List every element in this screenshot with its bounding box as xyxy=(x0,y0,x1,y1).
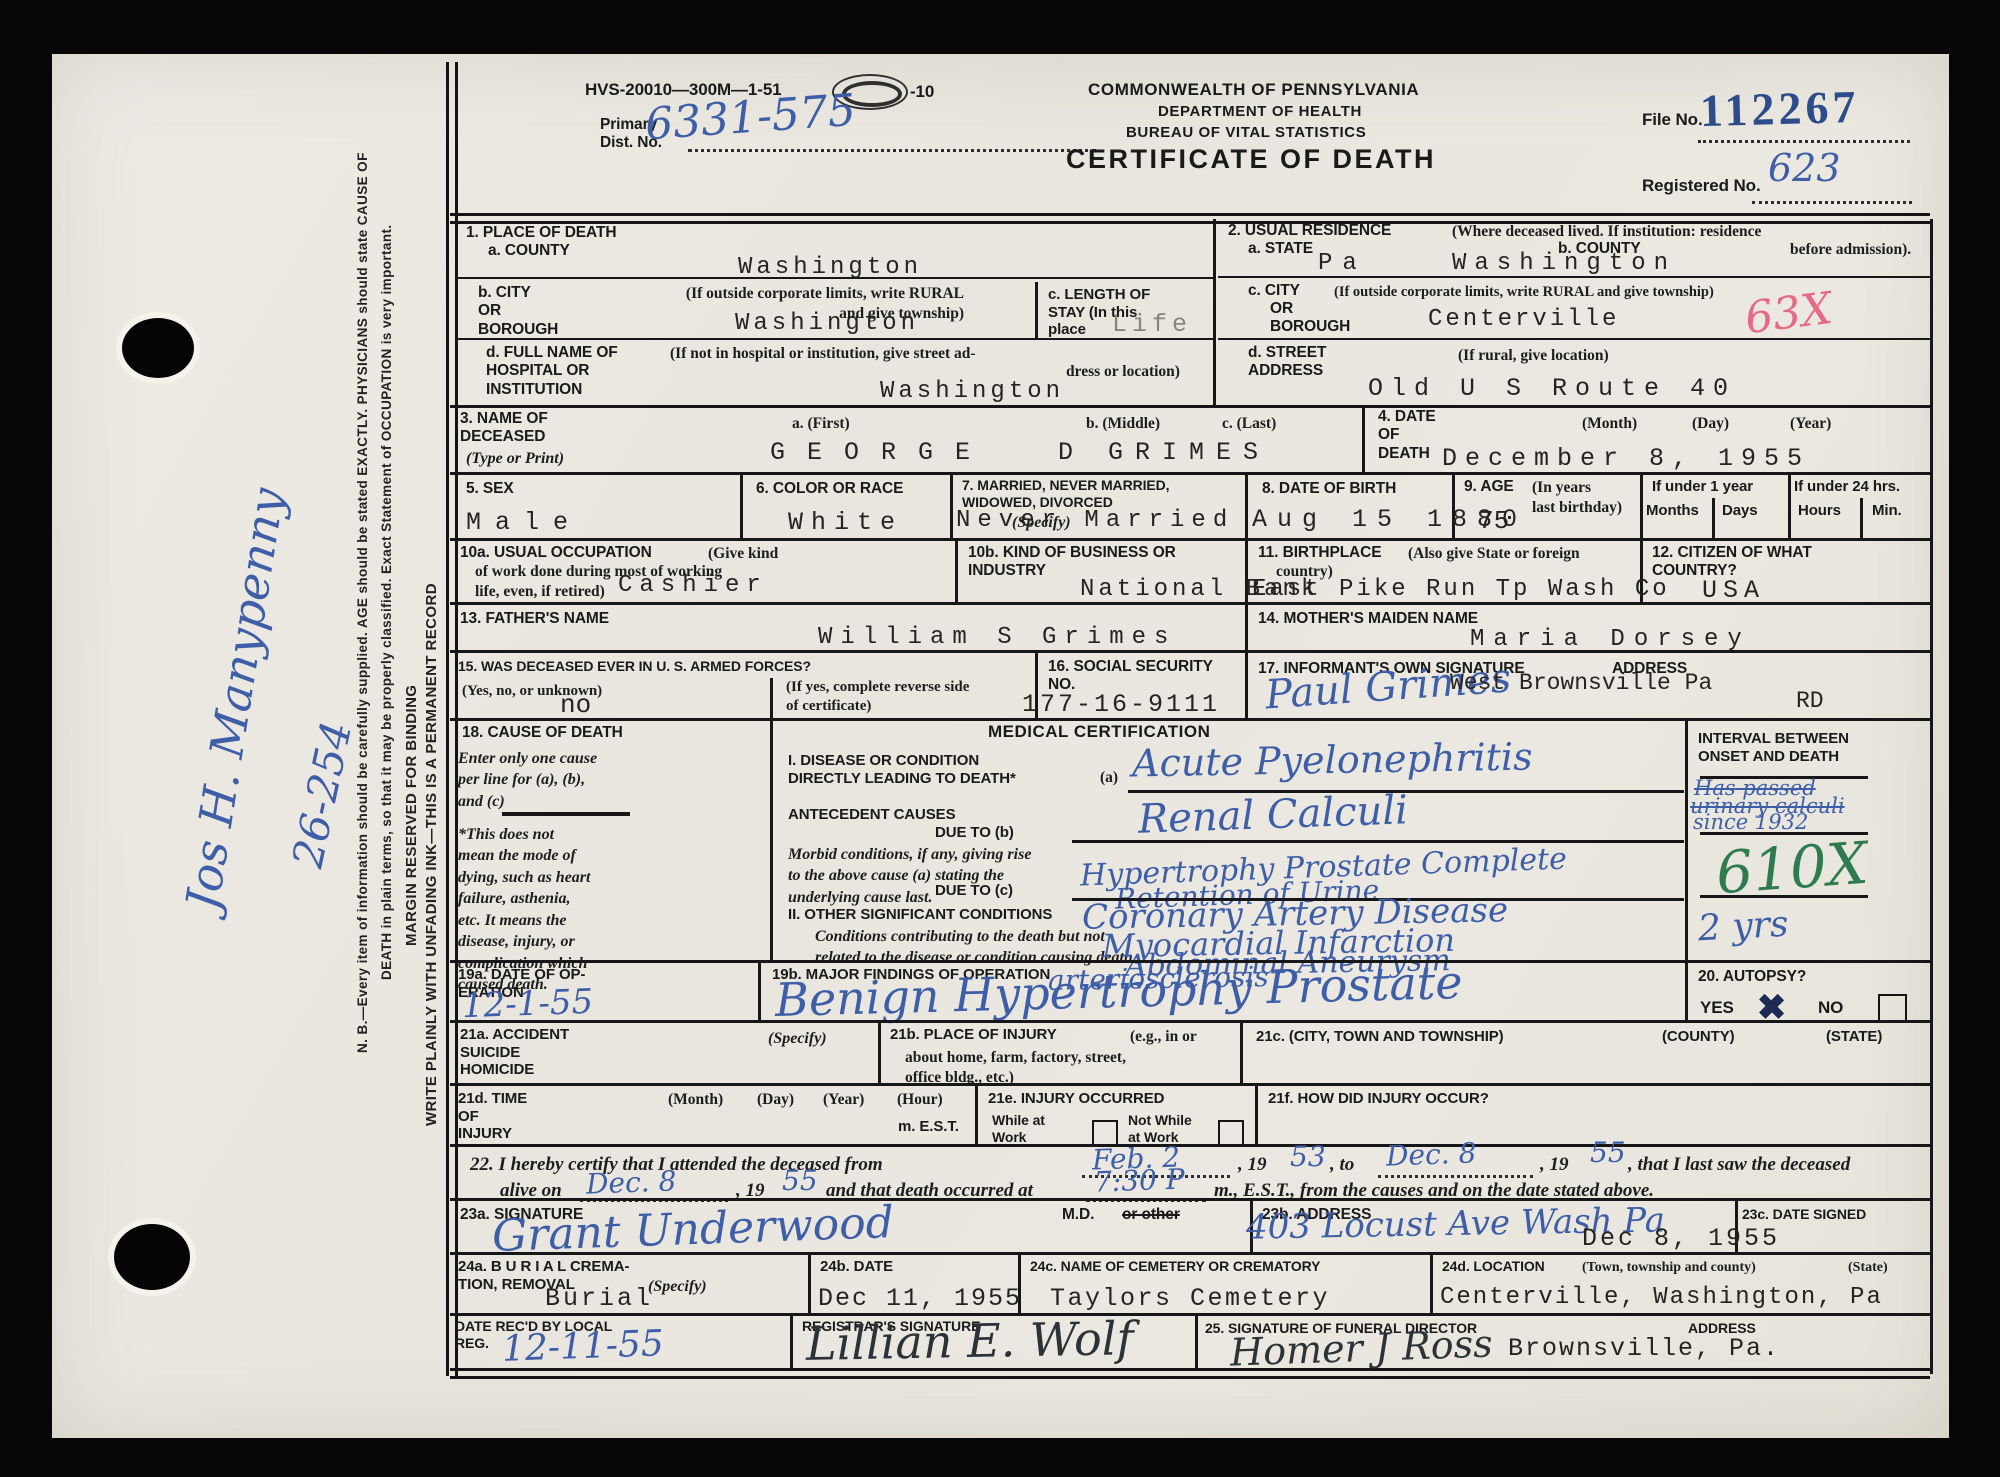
injury-day-label: (Day) xyxy=(757,1090,794,1110)
date-of-birth-label: 8. DATE OF BIRTH xyxy=(1262,480,1396,498)
cemetery-location-value: Centerville, Washington, Pa xyxy=(1440,1284,1883,1311)
residence-borough-label: OR BOROUGH xyxy=(1270,300,1350,337)
md-or-other-label: or other xyxy=(1122,1206,1180,1224)
occupation-paren1: (Give kind xyxy=(708,544,778,564)
registrar-signature-value: Lillian E. Wolf xyxy=(806,1311,1134,1371)
length-of-stay-value: Life xyxy=(1112,310,1192,339)
not-while-at-work-checkbox xyxy=(1218,1120,1244,1146)
rule-v xyxy=(975,1083,978,1145)
rule-v xyxy=(1213,219,1216,406)
rule-v xyxy=(1240,1020,1243,1083)
sex-label: 5. SEX xyxy=(466,480,514,498)
certify-to-year: 55 xyxy=(1590,1136,1626,1169)
street-address-paren: (If rural, give location) xyxy=(1458,346,1609,366)
accident-suicide-label: 21a. ACCIDENT SUICIDE HOMICIDE xyxy=(460,1026,569,1079)
certify-time-value: 7:30 P xyxy=(1093,1162,1185,1198)
cause-of-death-label: 18. CAUSE OF DEATH xyxy=(462,724,623,742)
due-to-b-value: Renal Calculi xyxy=(1137,787,1408,842)
autopsy-no-checkbox xyxy=(1878,994,1907,1023)
rule-h xyxy=(450,602,1930,605)
certify-text-1: 22. I hereby certify that I attended the… xyxy=(470,1152,883,1177)
armed-forces-value: no xyxy=(560,690,591,720)
bottom-border xyxy=(450,1368,1930,1379)
place-of-death-label: 1. PLACE OF DEATH xyxy=(466,224,616,242)
hospital-name-paren2: dress or location) xyxy=(1066,362,1180,382)
hospital-name-label: d. FULL NAME OF HOSPITAL OR INSTITUTION xyxy=(486,344,618,399)
file-no-line xyxy=(1698,139,1910,143)
interval-note3: since 1932 xyxy=(1693,810,1808,834)
age-label: 9. AGE xyxy=(1464,478,1514,496)
birthplace-label: 11. BIRTHPLACE xyxy=(1258,544,1382,562)
cause-note1: Enter only one cause per line for (a), (… xyxy=(458,748,597,812)
rule-h xyxy=(1218,276,1930,278)
cemetery-name-label: 24c. NAME OF CEMETERY OR CREMATORY xyxy=(1030,1258,1320,1275)
usual-residence-paren2: before admission). xyxy=(1790,240,1911,260)
cemetery-name-value: Taylors Cemetery xyxy=(1050,1284,1330,1313)
hospital-name-paren1: (If not in hospital or institution, give… xyxy=(670,344,976,364)
rule-v xyxy=(740,472,743,538)
min-label: Min. xyxy=(1872,502,1902,520)
burial-date-value: Dec 11, 1955 xyxy=(818,1284,1022,1313)
rule-v xyxy=(790,1313,793,1370)
rule-v xyxy=(1430,1252,1433,1313)
residence-red-annotation: 63X xyxy=(1742,283,1835,344)
antecedent-causes-label: ANTECEDENT CAUSES xyxy=(788,806,955,824)
injury-county-label: (COUNTY) xyxy=(1662,1028,1735,1046)
md-label: M.D. xyxy=(1062,1206,1094,1224)
accident-specify-note: (Specify) xyxy=(768,1028,827,1049)
mothers-name-value: Maria Dorsey xyxy=(1470,626,1751,653)
rule-h xyxy=(456,277,1213,279)
age-value: 75 xyxy=(1478,506,1509,536)
rule-h xyxy=(450,718,1930,721)
residence-city-value: Centerville xyxy=(1428,306,1619,333)
place-city-value: Washington xyxy=(735,310,919,337)
armed-forces-label: 15. WAS DECEASED EVER IN U. S. ARMED FOR… xyxy=(458,658,811,675)
time-of-injury-label: 21d. TIME OF INJURY xyxy=(458,1090,527,1143)
disease-a-label: (a) xyxy=(1100,768,1118,788)
place-of-injury-label: 21b. PLACE OF INJURY xyxy=(890,1026,1057,1044)
rule-v xyxy=(878,1020,881,1083)
rule-v xyxy=(955,538,958,602)
autopsy-label: 20. AUTOPSY? xyxy=(1698,968,1806,986)
name-of-deceased-label: 3. NAME OF DECEASED xyxy=(460,410,548,447)
registered-no-value: 623 xyxy=(1768,146,1841,190)
certify-text-5: , that I last saw the deceased xyxy=(1628,1152,1850,1177)
sex-value: Male xyxy=(466,508,582,537)
occupation-value: Cashier xyxy=(618,572,768,599)
date-received-value: 12-11-55 xyxy=(501,1323,664,1370)
injury-month-label: (Month) xyxy=(668,1090,723,1110)
rule-v xyxy=(1362,405,1365,472)
under-1-year-label: If under 1 year xyxy=(1652,478,1753,496)
marital-status-label: 7. MARRIED, NEVER MARRIED, WIDOWED, DIVO… xyxy=(962,477,1169,510)
registered-no-line xyxy=(1752,200,1912,204)
place-of-injury-paren2: about home, farm, factory, street, offic… xyxy=(905,1048,1126,1088)
under-24-hrs-label: If under 24 hrs. xyxy=(1794,478,1900,496)
residence-city-label: c. CITY xyxy=(1248,282,1300,300)
death-year-label: (Year) xyxy=(1790,414,1831,434)
medical-certification-title: MEDICAL CERTIFICATION xyxy=(988,722,1210,742)
rule-h xyxy=(450,1313,1930,1316)
due-to-c-label: DUE TO (c) xyxy=(935,882,1013,900)
disease-condition-label: I. DISEASE OR CONDITION DIRECTLY LEADING… xyxy=(788,752,1016,787)
injury-year-label: (Year) xyxy=(823,1090,864,1110)
birthplace-value: East Pike Run Tp Wash Co xyxy=(1252,576,1670,603)
rule-v xyxy=(1685,718,1688,1020)
residence-state-value: Pa xyxy=(1318,250,1367,277)
cemetery-location-paren: (Town, township and county) xyxy=(1582,1259,1756,1277)
rule-h xyxy=(1218,338,1930,340)
injury-city-label: 21c. (CITY, TOWN AND TOWNSHIP) xyxy=(1256,1028,1504,1046)
disease-a-value: Acute Pyelonephritis xyxy=(1132,735,1533,786)
name-middle-label: b. (Middle) xyxy=(1086,414,1160,434)
rule-h xyxy=(450,1252,1930,1255)
rule-v xyxy=(950,472,953,538)
name-first-label: a. (First) xyxy=(792,414,850,434)
how-did-injury-occur-label: 21f. HOW DID INJURY OCCUR? xyxy=(1268,1090,1489,1108)
residence-county-value: Washington xyxy=(1452,250,1676,277)
margin-note-line1: N. B.—Every item of information should b… xyxy=(356,95,370,1110)
certify-text-3: , to xyxy=(1330,1152,1354,1177)
color-race-label: 6. COLOR OR RACE xyxy=(756,480,903,498)
autopsy-no-label: NO xyxy=(1818,998,1843,1018)
registered-no-label: Registered No. xyxy=(1642,176,1761,196)
certificate-title: CERTIFICATE OF DEATH xyxy=(1066,144,1436,176)
days-label: Days xyxy=(1722,502,1757,520)
date-of-death-label: 4. DATE OF DEATH xyxy=(1378,408,1436,463)
funeral-director-address-value: Brownsville, Pa. xyxy=(1508,1334,1780,1363)
header-bureau: BUREAU OF VITAL STATISTICS xyxy=(1126,124,1366,142)
cemetery-state-paren: (State) xyxy=(1848,1259,1888,1277)
rule-h xyxy=(450,650,1930,653)
informant-address-value2: RD xyxy=(1796,688,1824,714)
injury-occurred-label: 21e. INJURY OCCURRED xyxy=(988,1090,1164,1108)
rule-v xyxy=(1788,472,1791,538)
interval-label: INTERVAL BETWEEN ONSET AND DEATH xyxy=(1698,730,1849,765)
rule-v xyxy=(1712,498,1715,538)
rule-h xyxy=(450,472,1930,475)
rule-h xyxy=(450,1083,1930,1086)
margin-write-plainly-note: WRITE PLAINLY WITH UNFADING INK—THIS IS … xyxy=(424,440,439,1270)
interval-duration-value: 2 yrs xyxy=(1697,904,1789,950)
certify-text-4: , 19 xyxy=(1540,1152,1569,1177)
union-bug-suffix: -10 xyxy=(910,82,934,102)
rule-v xyxy=(1195,1313,1198,1370)
cemetery-location-label: 24d. LOCATION xyxy=(1442,1258,1545,1275)
informant-address-value: West Brownsville Pa xyxy=(1450,670,1712,696)
certify-text-2: , 19 xyxy=(1238,1152,1267,1177)
rule-h xyxy=(502,812,630,816)
due-to-b-label: DUE TO (b) xyxy=(935,824,1014,842)
rule-v xyxy=(1035,282,1038,338)
burial-type-value: Burial xyxy=(545,1284,653,1313)
death-month-label: (Month) xyxy=(1582,414,1637,434)
injury-state-label: (STATE) xyxy=(1826,1028,1882,1046)
burial-date-label: 24b. DATE xyxy=(820,1258,893,1276)
rule-h xyxy=(450,538,1930,541)
residence-city-paren: (If outside corporate limits, write RURA… xyxy=(1334,283,1714,302)
rule-v xyxy=(1860,498,1863,538)
burial-specify-note: (Specify) xyxy=(648,1276,707,1297)
occupation-label: 10a. USUAL OCCUPATION xyxy=(460,544,652,562)
injury-hour-label: (Hour) xyxy=(897,1090,943,1110)
date-signed-label: 23c. DATE SIGNED xyxy=(1742,1206,1866,1223)
type-or-print-note: (Type or Print) xyxy=(466,448,564,469)
certify-from-year: 53 xyxy=(1290,1140,1326,1173)
rule-v xyxy=(1640,472,1643,538)
other-conditions-label: II. OTHER SIGNIFICANT CONDITIONS xyxy=(788,906,1052,924)
date-of-death-value: December 8, 1955 xyxy=(1442,444,1810,473)
place-of-injury-paren1: (e.g., in or xyxy=(1130,1027,1197,1047)
fathers-name-value: William S Grimes xyxy=(818,624,1176,651)
rule-h xyxy=(450,1144,1930,1147)
rule-h xyxy=(450,405,1930,408)
est-label: m. E.S.T. xyxy=(898,1118,959,1136)
punch-hole-top xyxy=(122,318,194,378)
file-no-value: 112267 xyxy=(1699,80,1860,137)
file-no-label: File No. xyxy=(1642,110,1703,130)
ssn-value: 177-16-9111 xyxy=(1022,690,1220,719)
death-certificate-scan: Jos H. Manypenny 26-254 N. B.—Every item… xyxy=(0,0,2000,1477)
certify-alive-year: 55 xyxy=(782,1164,818,1197)
certify-alive-date: Dec. 8 xyxy=(585,1164,676,1200)
rule-v xyxy=(770,678,773,718)
street-address-value: Old U S Route 40 xyxy=(1368,374,1736,403)
date-signed-value: Dec 8, 1955 xyxy=(1582,1224,1780,1253)
rule-h xyxy=(1072,840,1684,843)
margin-note-line2: DEATH in plain terms, so that it may be … xyxy=(380,95,394,1110)
margin-binding-note: MARGIN RESERVED FOR BINDING xyxy=(404,600,419,1030)
rule-v xyxy=(1245,650,1248,718)
marital-status-value: Never Married xyxy=(956,507,1234,534)
name-first-value: GEORGE xyxy=(770,438,992,467)
citizen-value: USA xyxy=(1702,576,1765,605)
rule-v xyxy=(1245,602,1248,650)
residence-state-label: a. STATE xyxy=(1248,240,1313,258)
hospital-name-value: Washington xyxy=(880,378,1064,405)
certify-to-date: Dec. 8 xyxy=(1385,1136,1476,1172)
rule-v xyxy=(758,960,761,1020)
rule-h xyxy=(450,1020,1930,1023)
rule-v xyxy=(770,718,773,960)
death-day-label: (Day) xyxy=(1692,414,1729,434)
rule-h xyxy=(456,338,1213,340)
rule-v xyxy=(1255,1083,1258,1145)
street-address-label: d. STREET ADDRESS xyxy=(1248,344,1326,381)
name-last-label: c. (Last) xyxy=(1222,414,1276,434)
usual-residence-paren1: (Where deceased lived. If institution: r… xyxy=(1452,222,1761,242)
usual-residence-label: 2. USUAL RESIDENCE xyxy=(1228,222,1391,240)
rule-v xyxy=(1245,472,1248,538)
punch-hole-bottom xyxy=(114,1224,190,1290)
hours-label: Hours xyxy=(1798,502,1841,520)
rule-h xyxy=(450,1198,1930,1201)
fathers-name-label: 13. FATHER'S NAME xyxy=(460,610,609,628)
autopsy-yes-label: YES xyxy=(1700,998,1734,1018)
header-commonwealth: COMMONWEALTH OF PENNSYLVANIA xyxy=(1088,80,1419,100)
birthplace-paren1: (Also give State or foreign xyxy=(1408,544,1580,564)
name-last-value: GRIMES xyxy=(1108,438,1270,467)
header-department: DEPARTMENT OF HEALTH xyxy=(1158,103,1362,121)
armed-forces-paren2: (If yes, complete reverse side of certif… xyxy=(786,678,969,716)
months-label: Months xyxy=(1646,502,1699,520)
not-while-at-work-label: Not While at Work xyxy=(1128,1112,1192,1145)
age-paren: (In years last birthday) xyxy=(1532,478,1622,518)
rule-v xyxy=(808,1252,811,1313)
name-middle-value: D xyxy=(1058,438,1073,467)
funeral-director-signature: Homer J Ross xyxy=(1229,1321,1493,1374)
place-city-label: b. CITY OR BOROUGH xyxy=(478,284,558,339)
primary-dist-line xyxy=(688,148,1096,152)
color-race-value: White xyxy=(788,508,903,537)
interval-green-code: 610X xyxy=(1714,829,1870,907)
place-county-label: a. COUNTY xyxy=(488,242,570,260)
form-right-border xyxy=(1930,219,1933,1374)
while-at-work-label: While at Work xyxy=(992,1112,1045,1145)
mothers-name-label: 14. MOTHER'S MAIDEN NAME xyxy=(1258,610,1478,628)
